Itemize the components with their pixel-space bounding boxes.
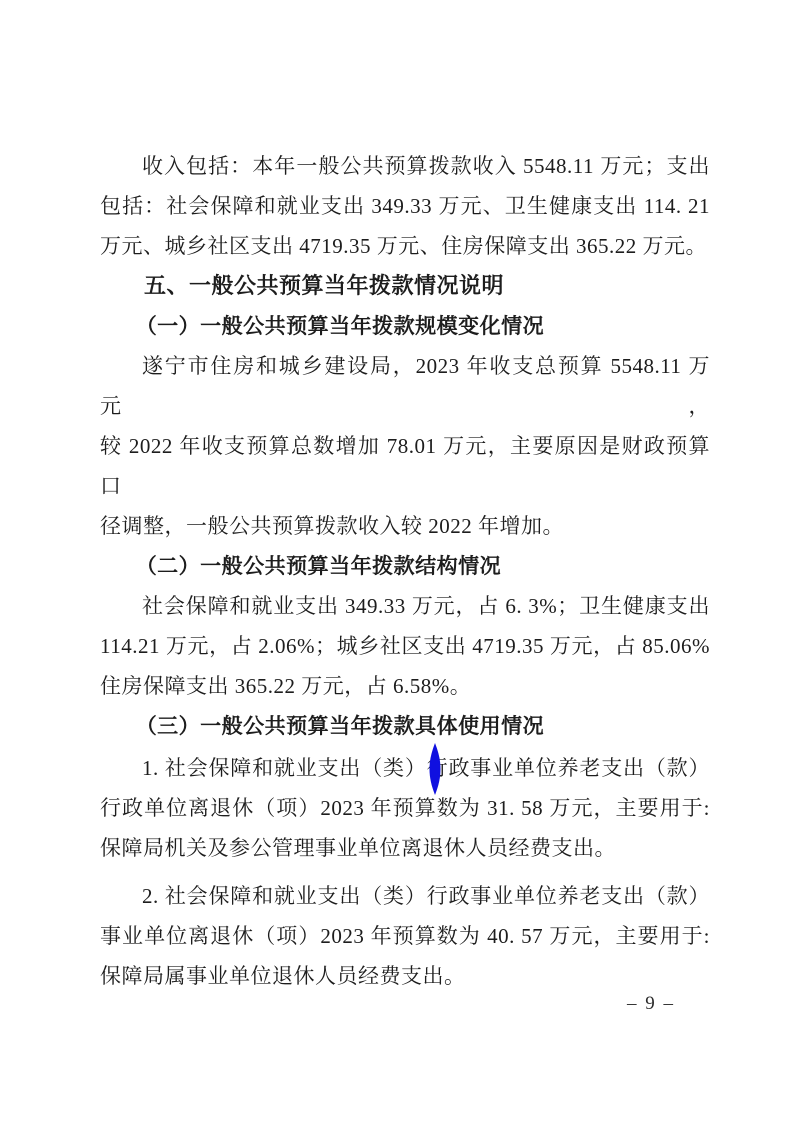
text-content: 收入包括：本年一般公共预算拨款收入 5548.11 万元；支出 包括：社会保障和… <box>100 146 710 996</box>
text-line: 社会保障和就业支出 349.33 万元，占 6. 3%；卫生健康支出 <box>100 586 710 626</box>
section-heading: 五、一般公共预算当年拨款情况说明 <box>100 266 710 306</box>
subsection-heading: （二）一般公共预算当年拨款结构情况 <box>100 546 710 586</box>
subsection-heading: （三）一般公共预算当年拨款具体使用情况 <box>100 706 710 746</box>
text-line: 行政单位离退休（项）2023 年预算数为 31. 58 万元，主要用于: <box>100 788 710 828</box>
text-line: 收入包括：本年一般公共预算拨款收入 5548.11 万元；支出 <box>100 146 710 186</box>
paragraph: 社会保障和就业支出 349.33 万元，占 6. 3%；卫生健康支出 114.2… <box>100 586 710 706</box>
text-line: 事业单位离退休（项）2023 年预算数为 40. 57 万元，主要用于: <box>100 916 710 956</box>
text-line: 包括：社会保障和就业支出 349.33 万元、卫生健康支出 114. 21 <box>100 186 710 226</box>
text-line: 1. 社会保障和就业支出（类）行政事业单位养老支出（款） <box>100 748 710 788</box>
text-line: 保障局属事业单位退休人员经费支出。 <box>100 956 710 996</box>
paragraph: 收入包括：本年一般公共预算拨款收入 5548.11 万元；支出 包括：社会保障和… <box>100 146 710 266</box>
paragraph: 遂宁市住房和城乡建设局，2023 年收支总预算 5548.11 万元， 较 20… <box>100 346 710 546</box>
text-cursor-icon <box>427 743 443 795</box>
text-line: 2. 社会保障和就业支出（类）行政事业单位养老支出（款） <box>100 876 710 916</box>
document-page[interactable]: 收入包括：本年一般公共预算拨款收入 5548.11 万元；支出 包括：社会保障和… <box>0 0 793 1122</box>
subsection-heading: （一）一般公共预算当年拨款规模变化情况 <box>100 306 710 346</box>
text-line: 较 2022 年收支预算总数增加 78.01 万元，主要原因是财政预算口 <box>100 426 710 506</box>
paragraph: 2. 社会保障和就业支出（类）行政事业单位养老支出（款） 事业单位离退休（项）2… <box>100 876 710 996</box>
text-line: 保障局机关及参公管理事业单位离退休人员经费支出。 <box>100 828 710 868</box>
text-cursor-shape <box>430 743 441 795</box>
page-number: – 9 – <box>627 993 675 1015</box>
text-line: 径调整，一般公共预算拨款收入较 2022 年增加。 <box>100 506 710 546</box>
paragraph: 1. 社会保障和就业支出（类）行政事业单位养老支出（款） 行政单位离退休（项）2… <box>100 748 710 868</box>
text-line: 住房保障支出 365.22 万元，占 6.58%。 <box>100 666 710 706</box>
text-line: 万元、城乡社区支出 4719.35 万元、住房保障支出 365.22 万元。 <box>100 226 710 266</box>
text-line: 114.21 万元，占 2.06%；城乡社区支出 4719.35 万元，占 85… <box>100 626 710 666</box>
text-line: 遂宁市住房和城乡建设局，2023 年收支总预算 5548.11 万元， <box>100 346 710 426</box>
